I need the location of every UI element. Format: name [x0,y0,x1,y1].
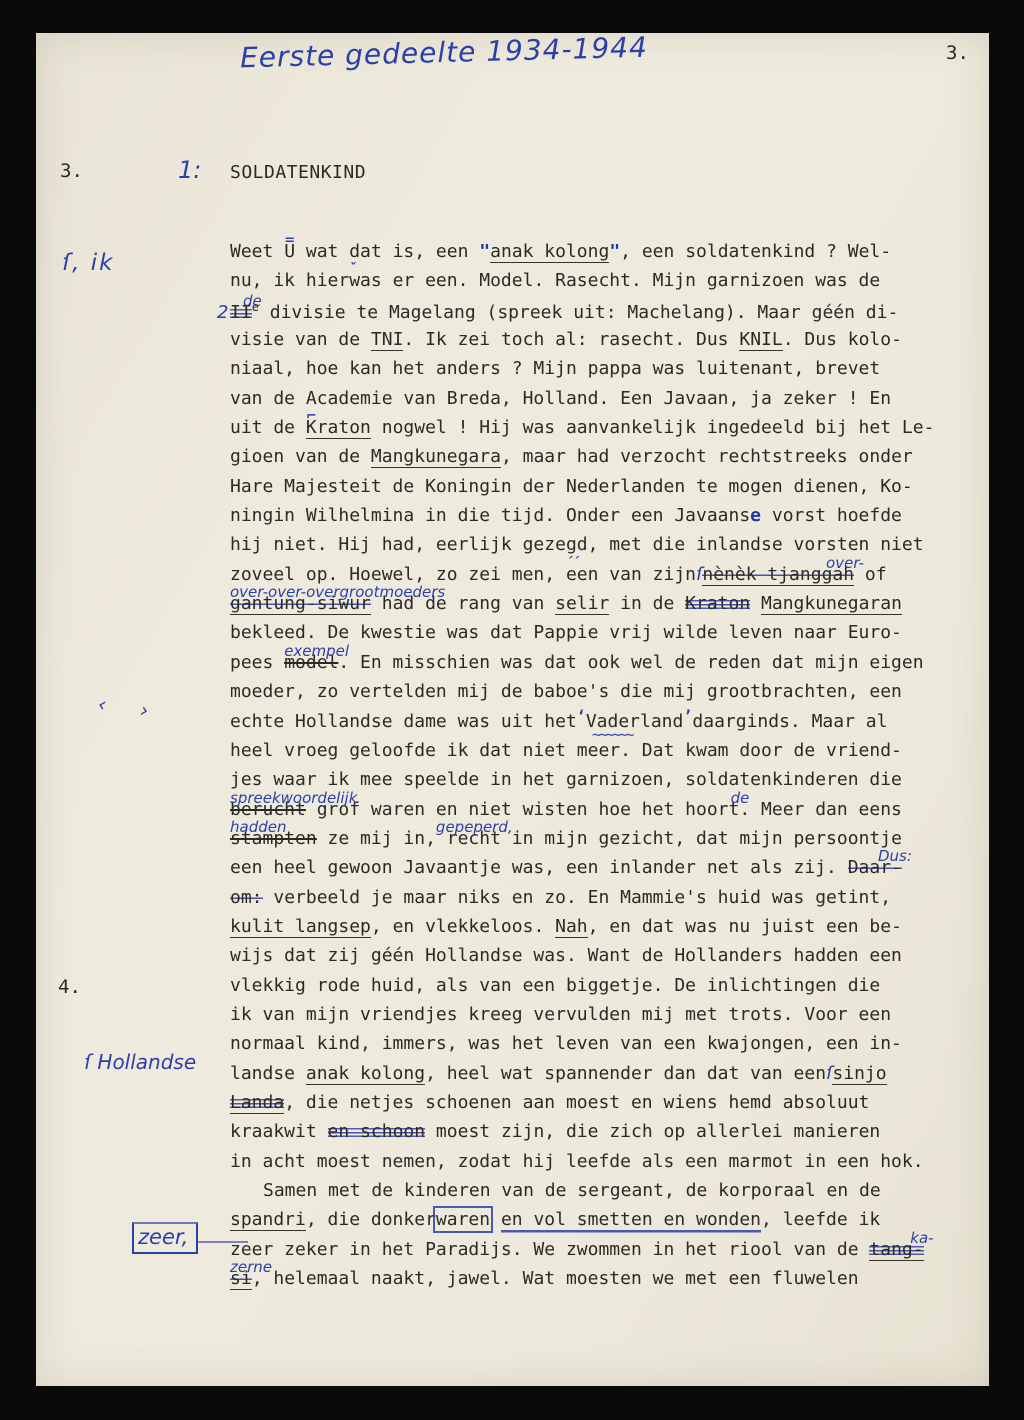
text-run: uit de [230,417,306,438]
text-run: wat dat is, een [295,241,479,262]
handwritten-insertion: hadden [230,820,286,835]
handwritten-insertion: spreekwoordelijk [230,791,357,806]
typed-line: landse anak kolong, heel wat spannender … [230,1063,988,1092]
typed-line: uit de Kraton⌐ nogwel ! Hij was aanvanke… [230,417,988,446]
typed-line: om: verbeeld je maar niks en zo. En Mamm… [230,887,988,916]
text-run: moeder, zo vertelden mij de baboe's die … [230,681,902,702]
margin-note-hollandse: ſ Hollandse [84,1050,196,1074]
typed-line: wijs dat zij géén Hollandse was. Want de… [230,945,988,974]
typed-line: visie van de TNI. Ik zei toch al: rasech… [230,329,988,358]
typed-line: zeer zeker in het Paradijs. We zwommen i… [230,1239,988,1268]
typed-line: ningin Wilhelmina in die tijd. Onder een… [230,505,988,534]
margin-page-number: 4. [58,976,81,998]
text-run: . Dus kolo- [783,329,902,350]
typed-line: ik van mijn vriendjes kreeg vervulden mi… [230,1004,988,1033]
handwritten-insertion: over- [826,556,864,571]
handwritten-insertion: exempel [284,644,349,659]
text-run: kulit langsep [230,916,371,938]
typed-line: een heel gewoon Javaantje was, een inlan… [230,857,988,886]
typed-line: moeder, zo vertelden mij de baboe's die … [230,681,988,710]
text-run: in de [609,593,685,614]
text-run: , leefde ik [761,1209,880,1230]
page-number-top-right: 3. [946,42,969,64]
handwritten-insertion: ⌐ [306,410,317,423]
handwritten-insertion: Dus: [878,849,912,864]
text-run: jes waar ik mee speelde in het garnizoen… [230,769,902,790]
typed-line: sizerne, helemaal naakt, jawel. Wat moes… [230,1268,988,1297]
typed-line: echte Hollandse dame was uit het‘Vaderla… [230,711,988,740]
typed-line: Weet U= wat dat is, een "anak kolong", e… [230,241,988,270]
text-run: ’ [683,707,692,725]
text-run: van de Academie van Breda, Holland. Een … [230,388,891,409]
text-run: Samen met de kinderen van de sergeant, d… [263,1180,881,1201]
text-run: visie van de [230,329,371,350]
text-run: moest zijn, die zich op allerlei maniere… [425,1121,880,1142]
typed-line: pees modelexempel. En misschien was dat … [230,652,988,681]
text-run: in mijn gezicht, dat mijn persoontje [501,828,902,849]
text-run: van zijn [598,564,696,585]
text-run: verbeeld je maar niks en zo. En Mammie's… [263,887,892,908]
text-run: IIde [230,302,252,323]
text-run: wijs dat zij géén Hollandse was. Want de… [230,945,902,966]
text-run: echte Hollandse dame was uit het [230,711,577,732]
text-run: . En misschien was dat ook wel de reden … [338,652,923,673]
text-run: tde [729,799,740,820]
text-run: , een soldatenkind ? Wel- [620,241,891,262]
typed-line: hij niet. Hij had, eerlijk gezegd, met d… [230,534,988,563]
text-run: gantung-siwurover-over-overgrootmoeders [230,593,371,615]
text-run: Hare Majesteit de Koningin der Nederland… [230,476,913,497]
text-run: nu, ik hier [230,270,349,291]
text-run: in acht moest nemen, zodat hij leefde al… [230,1151,924,1172]
text-run: anak kolong [306,1063,425,1085]
text-run: waren [436,1209,490,1230]
typed-line: spandri, die donkerwaren en vol smetten … [230,1209,988,1238]
text-run: KNIL [739,329,782,351]
text-run: normaal kind, immers, was het leven van … [230,1033,902,1054]
text-run: om: [230,887,263,908]
handwritten-insertion: = [284,234,295,247]
text-run: , die netjes schoenen aan moest en wiens… [284,1092,869,1113]
text-run: nogwel ! Hij was aanvankelijk ingedeeld … [371,417,935,438]
text-run: en vol smetten en wonden [501,1209,761,1230]
text-run: vlekkig rode huid, als van een biggetje.… [230,975,880,996]
text-run: Weet [230,241,284,262]
text-run: ‘ [577,707,586,725]
text-run: nènèk tjanggahover- [702,564,854,586]
text-run: hij niet. Hij had, eerlijk gezegd, met d… [230,534,924,555]
margin-note-ik: ſ, ik [62,250,114,276]
handwritten-mark: " [479,241,490,262]
text-run: Kraton [685,593,750,614]
text-run: gioen van de [230,446,371,467]
handwritten-mark: " [609,241,620,262]
handwritten-insertion: de [243,294,262,309]
typed-line: 2IIdee divisie te Magelang (spreek uit: … [230,300,988,329]
typed-line: Samen met de kinderen van de sergeant, d… [230,1180,988,1209]
text-run: Daar-Dus: [848,857,902,878]
text-run: Mangkunegara [371,446,501,468]
handwritten-insertion: ka- [910,1231,933,1246]
text-run: een heel gewoon Javaantje was, een inlan… [230,857,848,878]
typed-line: gioen van de Mangkunegara, maar had verz… [230,446,988,475]
typed-body-text: Weet U= wat dat is, een "anak kolong", e… [230,241,988,1297]
text-run: modelexempel [284,652,338,673]
text-run: pees [230,652,284,673]
typed-line: niaal, hoe kan het anders ? Mijn pappa w… [230,358,988,387]
text-run: U= [284,241,295,262]
text-run: ningin Wilhelmina in die tijd. Onder een… [230,505,750,526]
text-run: . Meer dan eens [739,799,902,820]
text-run: stamptenhadden [230,828,317,849]
typed-line: in acht moest nemen, zodat hij leefde al… [230,1151,988,1180]
handwritten-insertion: ˇ [349,263,356,276]
text-run: . Ik zei toch al: rasecht. Dus [403,329,739,350]
text-run: , heel wat spannender dan dat van een [425,1063,826,1084]
handwritten-insertion: ´´ [566,557,579,570]
typed-line: gantung-siwurover-over-overgrootmoeders … [230,593,988,622]
handwritten-insertion: de [731,791,750,806]
text-run: divisie te Magelang (spreek uit: Machela… [259,302,898,323]
word-with-scribble: Vaderland [586,711,684,732]
typed-line: nu, ik hierˇwas er een. Model. Rasecht. … [230,270,988,299]
text-run: spandri [230,1209,306,1231]
text-run: , die donker [306,1209,436,1230]
text-run: niaal, hoe kan het anders ? Mijn pappa w… [230,358,880,379]
text-run: beruchtspreekwoordelijk [230,799,306,820]
text-run: een´´ [566,564,599,585]
text-run: Mangkunegaran [761,593,902,615]
text-run: sizerne [230,1268,252,1290]
text-run: anak kolong [490,241,609,263]
text-run: zeer zeker in het Paradijs. We zwommen i… [230,1239,869,1260]
text-run: tang-ka- [869,1239,923,1261]
handwritten-section-mark: 1: [178,156,201,184]
text-run: , en dat was nu juist een be- [588,916,902,937]
typed-line: kraakwit en schoon moest zijn, die zich … [230,1121,988,1150]
text-run: daarginds. Maar al [692,711,887,732]
text-run [750,593,761,614]
text-run: zoveel op. Hoewel, zo zei men, [230,564,566,585]
text-run: Kraton⌐ [306,417,371,439]
typed-line: vlekkig rode huid, als van een biggetje.… [230,975,988,1004]
typed-line: Hare Majesteit de Koningin der Nederland… [230,476,988,505]
text-run: ze mij in, [317,828,436,849]
typed-line: heel vroeg geloofde ik dat niet meer. Da… [230,740,988,769]
text-run: kraakwit [230,1121,328,1142]
typed-line: stamptenhadden ze mij in, rechtgepeperd,… [230,828,988,857]
typed-line: normaal kind, immers, was het leven van … [230,1033,988,1062]
handwritten-mark: e [750,505,761,526]
text-run: TNI [371,329,404,351]
text-run: ik van mijn vriendjes kreeg vervulden mi… [230,1004,891,1025]
text-run: grof waren en niet wisten hoe het hoor [306,799,729,820]
text-run: Nah [555,916,588,938]
typed-line: beruchtspreekwoordelijk grof waren en ni… [230,799,988,828]
text-run: selir [555,593,609,615]
typed-line: van de Academie van Breda, Holland. Een … [230,388,988,417]
text-run: landse [230,1063,306,1084]
handwritten-insertion: over-over-overgrootmoeders [230,585,445,600]
typed-line: kulit langsep, en vlekkeloos. Nah, en da… [230,916,988,945]
text-run: , maar had verzocht rechtstreeks onder [501,446,913,467]
margin-note-zeer: zeer, [132,1222,198,1254]
text-run: bekleed. De kwestie was dat Pappie vrij … [230,622,902,643]
text-run: , helemaal naakt, jawel. Wat moesten we … [252,1268,859,1289]
text-run: , en vlekkeloos. [371,916,555,937]
text-run: was er een. Model. Rasecht. Mijn garnizo… [349,270,880,291]
text-run: en schoon [328,1121,426,1142]
text-run: sinjo [832,1063,886,1085]
typed-line: Landa, die netjes schoenen aan moest en … [230,1092,988,1121]
text-run: Landa [230,1092,284,1114]
text-run: heel vroeg geloofde ik dat niet meer. Da… [230,740,902,761]
text-run: rechtgepeperd, [436,828,501,849]
handwritten-insertion: gepeperd, [436,820,513,835]
text-run: vorst hoefde [761,505,902,526]
scanned-typescript-page: { "page": { "ink_blue": "#2b3fa8", "pape… [0,0,1024,1420]
handwritten-insertion: zerne [230,1260,272,1275]
page-title: SOLDATENKIND [230,162,366,183]
page-number-left: 3. [60,160,83,182]
text-run [490,1209,501,1230]
